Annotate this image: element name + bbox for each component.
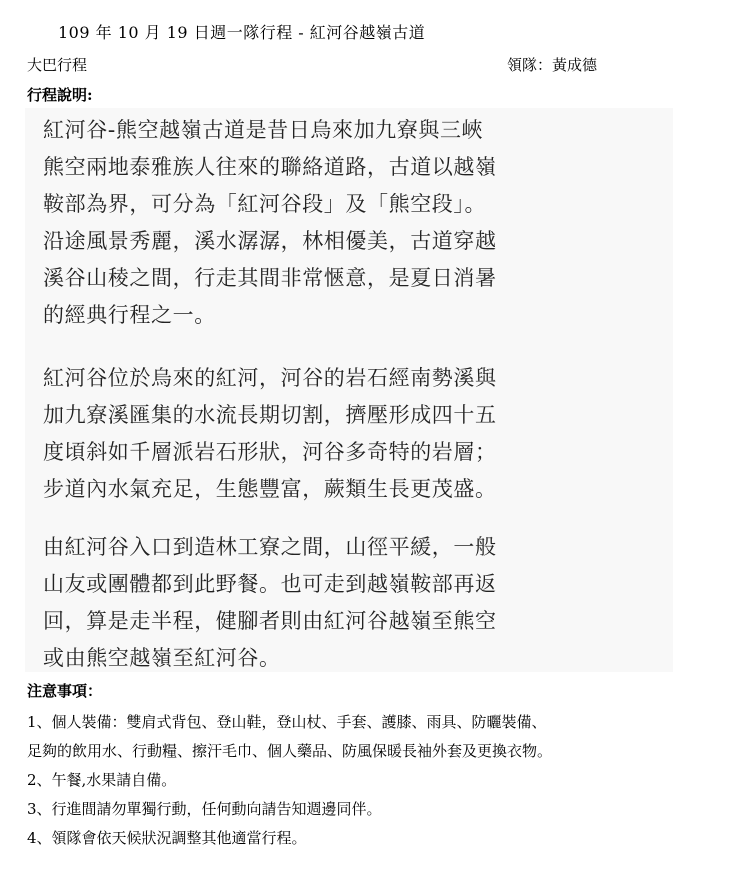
leader-label: 領隊：黃成德 [507, 54, 597, 76]
description-paragraph: 紅河谷位於烏來的紅河，河谷的岩石經南勢溪與 加九寮溪匯集的水流長期切割，擠壓形成… [43, 360, 683, 508]
trip-type-label: 大巴行程 [27, 54, 87, 76]
paragraph-line: 熊空兩地泰雅族人往來的聯絡道路，古道以越嶺 [43, 149, 683, 186]
note-item: 足夠的飲用水、行動糧、擦汗毛巾、個人藥品、防風保暖長袖外套及更換衣物。 [27, 737, 737, 766]
paragraph-line: 沿途風景秀麗，溪水潺潺，林相優美，古道穿越 [43, 223, 683, 260]
paragraph-line: 紅河谷位於烏來的紅河，河谷的岩石經南勢溪與 [43, 360, 683, 397]
paragraph-line: 鞍部為界，可分為「紅河谷段」及「熊空段」。 [43, 186, 683, 223]
paragraph-line: 的經典行程之一。 [43, 297, 683, 334]
description-paragraph: 紅河谷-熊空越嶺古道是昔日烏來加九寮與三峽 熊空兩地泰雅族人往來的聯絡道路，古道… [43, 112, 683, 334]
notes-heading: 注意事項： [27, 680, 102, 702]
paragraph-line: 或由熊空越嶺至紅河谷。 [43, 640, 683, 677]
description-image-block: 紅河谷-熊空越嶺古道是昔日烏來加九寮與三峽 熊空兩地泰雅族人往來的聯絡道路，古道… [25, 108, 673, 672]
paragraph-line: 度頃斜如千層派岩石形狀，河谷多奇特的岩層； [43, 434, 683, 471]
paragraph-line: 紅河谷-熊空越嶺古道是昔日烏來加九寮與三峽 [43, 112, 683, 149]
note-item: 3、行進間請勿單獨行動，任何動向請告知週邊同伴。 [27, 795, 737, 824]
note-item: 4、領隊會依天候狀況調整其他適當行程。 [27, 824, 737, 853]
paragraph-line: 加九寮溪匯集的水流長期切割，擠壓形成四十五 [43, 397, 683, 434]
note-item: 2、午餐,水果請自備。 [27, 766, 737, 795]
note-item: 1、個人裝備：雙肩式背包、登山鞋，登山杖、手套、護膝、雨具、防曬裝備、 [27, 708, 737, 737]
paragraph-line: 山友或團體都到此野餐。也可走到越嶺鞍部再返 [43, 566, 683, 603]
paragraph-line: 步道內水氣充足，生態豐富，蕨類生長更茂盛。 [43, 471, 683, 508]
description-paragraph: 由紅河谷入口到造林工寮之間，山徑平緩，一般 山友或團體都到此野餐。也可走到越嶺鞍… [43, 529, 683, 677]
paragraph-line: 由紅河谷入口到造林工寮之間，山徑平緩，一般 [43, 529, 683, 566]
notes-list: 1、個人裝備：雙肩式背包、登山鞋，登山杖、手套、護膝、雨具、防曬裝備、 足夠的飲… [27, 708, 737, 853]
paragraph-line: 溪谷山稜之間，行走其間非常愜意，是夏日消暑 [43, 260, 683, 297]
paragraph-line: 回，算是走半程，健腳者則由紅河谷越嶺至熊空 [43, 603, 683, 640]
document-title: 109 年 10 月 19 日週一隊行程 - 紅河谷越嶺古道 [58, 22, 425, 44]
description-heading: 行程說明: [27, 84, 93, 106]
